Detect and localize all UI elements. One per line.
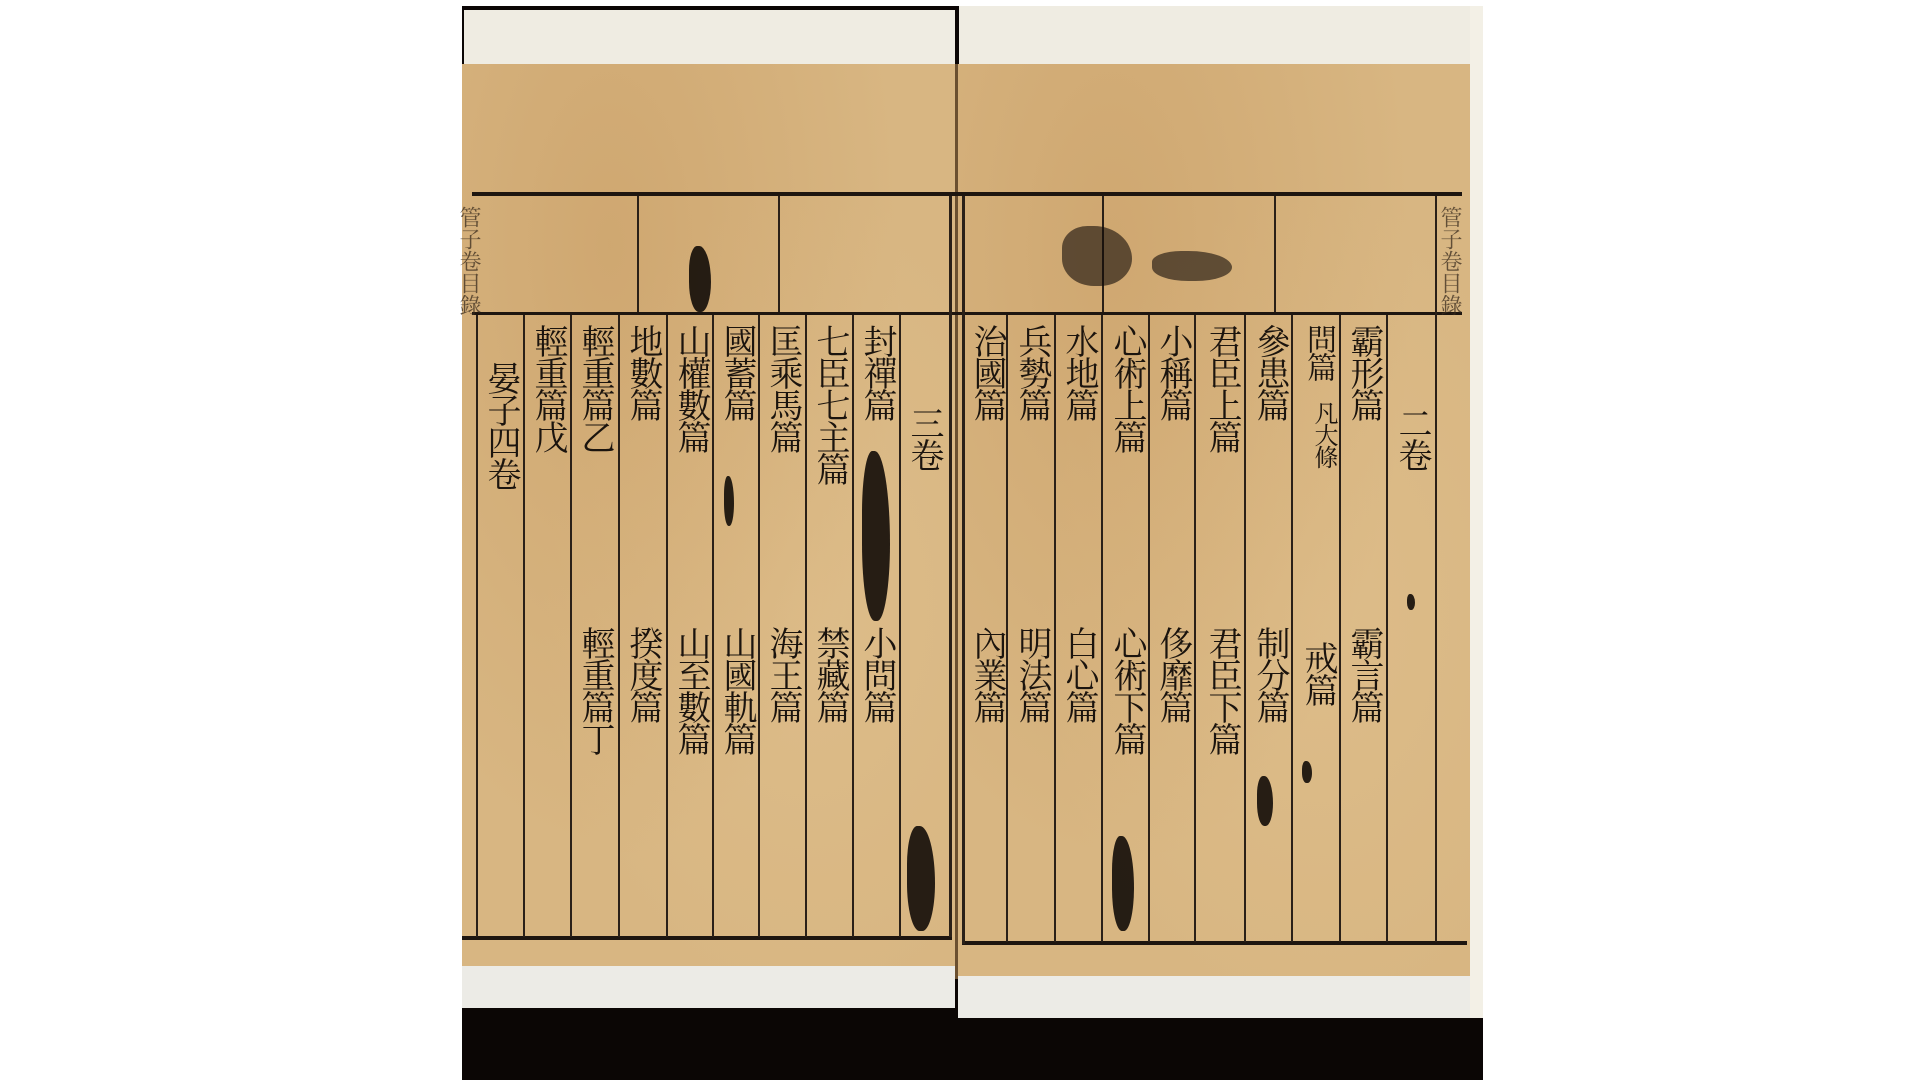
column-rule	[1386, 315, 1388, 942]
column-rule	[1194, 315, 1196, 942]
header-top-rule	[472, 192, 1462, 196]
column-rule	[1101, 315, 1103, 942]
toc-entry: 山權數篇	[671, 324, 711, 452]
toc-entry: 七臣七主篇	[810, 324, 850, 484]
toc-entry: 戒篇	[1298, 641, 1338, 705]
volume-heading-3: 三卷	[904, 406, 944, 470]
column-rule	[476, 315, 478, 937]
toc-entry: 問篇	[1298, 324, 1338, 380]
column-rule	[852, 315, 854, 937]
column-rule	[1244, 315, 1246, 942]
column-rule	[523, 315, 525, 937]
toc-entry: 山至數篇	[671, 626, 711, 754]
book-spread: 管子卷目錄 管子卷目錄 三卷 封禪篇 七臣七主篇 匡乘馬篇 國蓄篇 山權數篇 地…	[462, 6, 1483, 1080]
toc-entry: 君臣下篇	[1202, 626, 1242, 754]
header-divider	[1274, 196, 1276, 312]
toc-entry: 內業篇	[967, 626, 1007, 722]
ink-blot	[1302, 761, 1312, 783]
column-rule	[1148, 315, 1150, 942]
column-rule	[618, 315, 620, 937]
toc-entry: 國蓄篇	[717, 324, 757, 420]
column-rule	[899, 315, 901, 937]
left-margin-label: 管子卷目錄	[456, 206, 480, 316]
volume-heading-4: 晏子四卷	[481, 361, 521, 489]
toc-entry: 心術上篇	[1107, 324, 1147, 452]
column-rule	[1291, 315, 1293, 942]
toc-entry: 輕重篇丁	[575, 626, 615, 754]
ink-blot	[1257, 776, 1273, 826]
top-paper-strip-right	[959, 6, 1473, 70]
toc-entry: 輕重篇乙	[575, 324, 615, 452]
toc-entry: 霸形篇	[1344, 324, 1384, 420]
ink-blot	[1407, 594, 1415, 610]
header-divider	[637, 196, 639, 312]
bottom-paper-strip-left	[462, 966, 955, 1008]
toc-entry: 心術下篇	[1107, 626, 1147, 754]
toc-entry: 兵勢篇	[1012, 324, 1052, 420]
column-rule	[805, 315, 807, 937]
ink-blot	[724, 476, 734, 526]
right-page	[958, 64, 1470, 979]
column-rule	[712, 315, 714, 937]
column-rule	[666, 315, 668, 937]
toc-entry: 白心篇	[1059, 626, 1099, 722]
column-rule	[570, 315, 572, 937]
bottom-rule-left	[462, 936, 952, 940]
ink-blot	[1152, 251, 1232, 281]
toc-entry: 君臣上篇	[1202, 324, 1242, 452]
toc-entry: 霸言篇	[1344, 626, 1384, 722]
page-edges	[1470, 6, 1483, 1018]
bottom-paper-strip-right	[958, 976, 1470, 1018]
column-rule	[949, 196, 952, 937]
column-rule	[758, 315, 760, 937]
bottom-rule-right	[962, 941, 1467, 945]
spine-line	[955, 64, 958, 979]
toc-entry: 海王篇	[763, 626, 803, 722]
toc-entry: 封禪篇	[857, 324, 897, 420]
top-paper-strip-left	[464, 10, 955, 70]
right-margin-label: 管子卷目錄	[1437, 206, 1461, 316]
header-bottom-rule	[472, 312, 1462, 315]
toc-entry: 小稱篇	[1153, 324, 1193, 420]
column-rule	[1054, 315, 1056, 942]
volume-heading-2: 二卷	[1392, 406, 1432, 470]
toc-entry: 揆度篇	[623, 626, 663, 722]
toc-annotation: 凡大條	[1310, 401, 1338, 467]
toc-entry: 治國篇	[967, 324, 1007, 420]
toc-entry: 小問篇	[857, 626, 897, 722]
header-divider	[778, 196, 780, 312]
toc-entry: 輕重篇戊	[528, 324, 568, 452]
toc-entry: 明法篇	[1012, 626, 1052, 722]
toc-entry: 山國軌篇	[717, 626, 757, 754]
column-rule	[962, 196, 965, 944]
toc-entry: 制分篇	[1250, 626, 1290, 722]
toc-entry: 地數篇	[623, 324, 663, 420]
toc-entry: 侈靡篇	[1153, 626, 1193, 722]
toc-entry: 參患篇	[1250, 324, 1290, 420]
toc-entry: 禁藏篇	[810, 626, 850, 722]
column-rule	[1339, 315, 1341, 942]
toc-entry: 水地篇	[1059, 324, 1099, 420]
toc-entry: 匡乘馬篇	[763, 324, 803, 452]
